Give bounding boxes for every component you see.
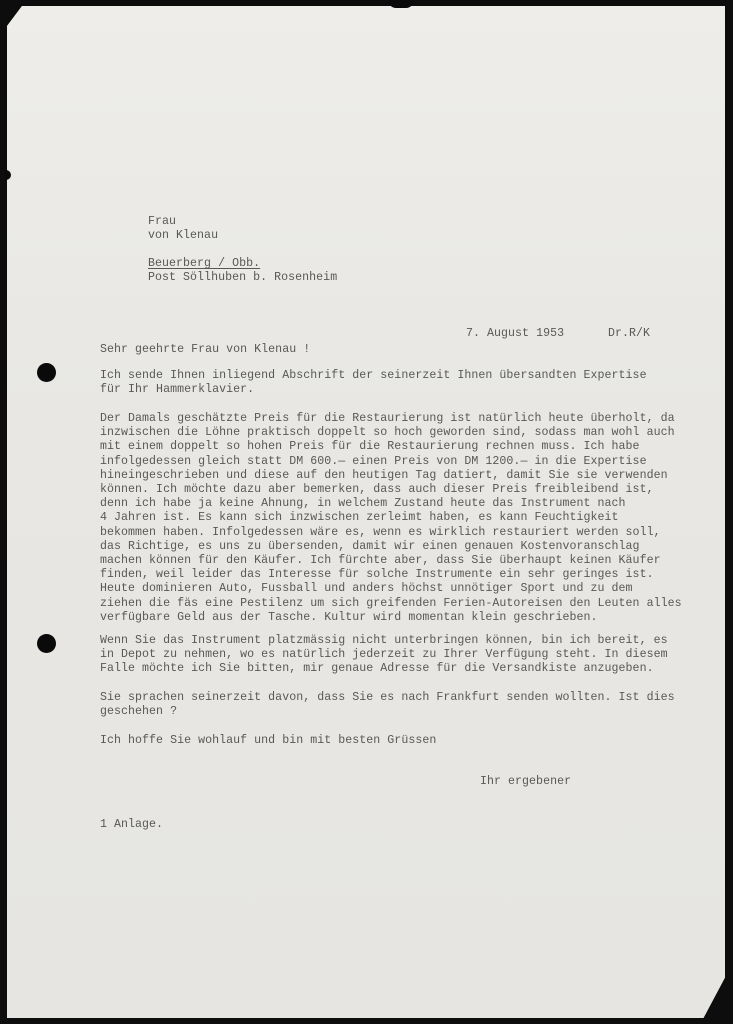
text-line: das Richtige, es uns zu übersenden, dami… — [100, 540, 640, 554]
text-line: 4 Jahren ist. Es kann sich inzwischen ze… — [100, 511, 619, 525]
text-line: Sie sprachen seinerzeit davon, dass Sie … — [100, 691, 675, 705]
text-line: für Ihr Hammerklavier. — [100, 383, 254, 397]
page-top-notch — [388, 0, 414, 8]
enclosure-note: 1 Anlage. — [100, 818, 163, 832]
text-line: hineingeschrieben und diese auf den heut… — [100, 469, 668, 483]
recipient-place: Beuerberg / Obb. — [148, 257, 260, 271]
recipient-post: Post Söllhuben b. Rosenheim — [148, 271, 337, 285]
text-line: denn ich habe ja keine Ahnung, in welche… — [100, 497, 626, 511]
punch-hole-upper — [37, 363, 56, 382]
text-line: Ich sende Ihnen inliegend Abschrift der … — [100, 369, 647, 383]
text-line: Wenn Sie das Instrument platzmässig nich… — [100, 634, 668, 648]
text-line: Heute dominieren Auto, Fussball und ande… — [100, 582, 633, 596]
text-line: geschehen ? — [100, 705, 177, 719]
text-line: finden, weil leider das Interesse für so… — [100, 568, 654, 582]
text-line: in Depot zu nehmen, wo es natürlich jede… — [100, 648, 668, 662]
text-line: verfügbare Geld aus der Tasche. Kultur w… — [100, 611, 598, 625]
text-line: Ich hoffe Sie wohlauf und bin mit besten… — [100, 734, 436, 748]
text-line: Der Damals geschätzte Preis für die Rest… — [100, 412, 675, 426]
text-line: Falle möchte ich Sie bitten, mir genaue … — [100, 662, 654, 676]
text-line: infolgedessen gleich statt DM 600.— eine… — [100, 455, 647, 469]
letter-date: 7. August 1953 — [466, 327, 564, 341]
greeting: Sehr geehrte Frau von Klenau ! — [100, 343, 310, 357]
recipient-name: von Klenau — [148, 229, 218, 243]
punch-hole-lower — [37, 634, 56, 653]
text-line: bekommen haben. Infolgedessen wäre es, w… — [100, 526, 661, 540]
reference-code: Dr.R/K — [608, 327, 650, 341]
closing: Ihr ergebener — [480, 775, 571, 789]
recipient-salutation-line: Frau — [148, 215, 176, 229]
text-line: ziehen die fäs eine Pestilenz um sich gr… — [100, 597, 682, 611]
text-line: inzwischen die Löhne praktisch doppelt s… — [100, 426, 675, 440]
text-line: mit einem doppelt so hohen Preis für die… — [100, 440, 640, 454]
text-line: können. Ich möchte dazu aber bemerken, d… — [100, 483, 654, 497]
text-line: machen können für den Käufer. Ich fürcht… — [100, 554, 661, 568]
